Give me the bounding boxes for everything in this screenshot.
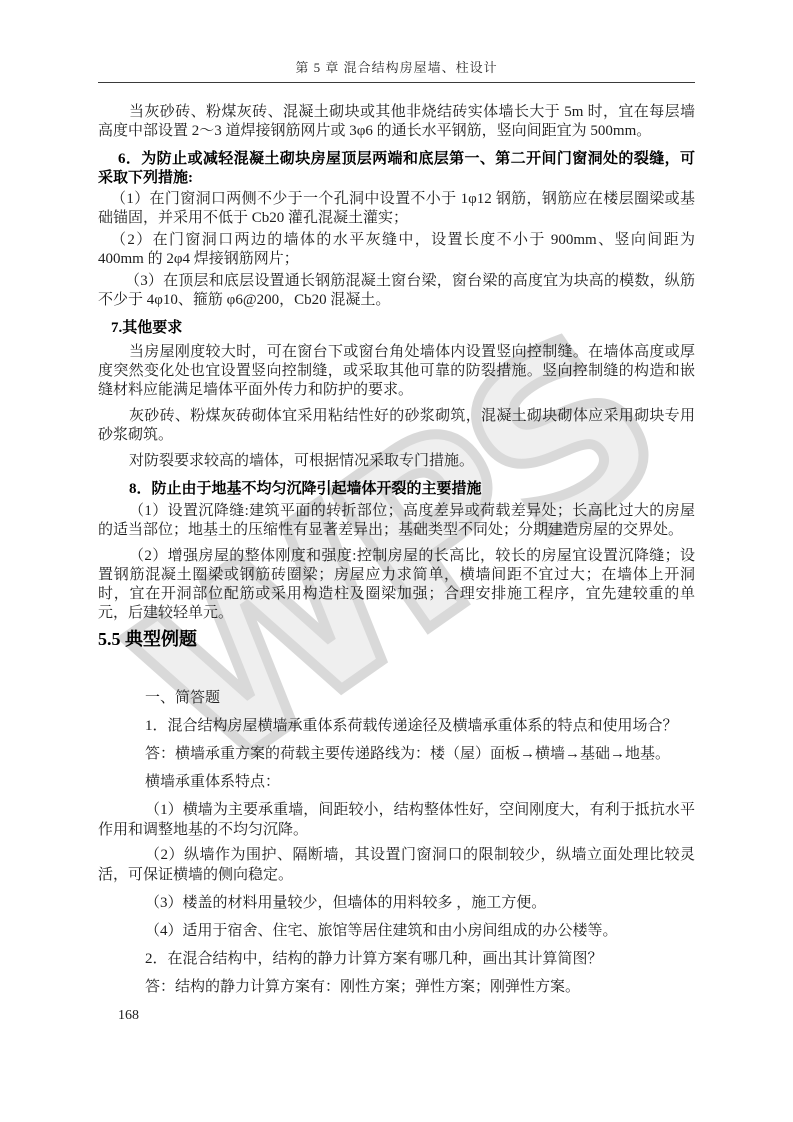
answer-1-feature-4: （4）适用于宿舍、住宅、旅馆等居住建筑和由小房间组成的办公楼等。 <box>98 921 695 941</box>
question-1: 1．混合结构房屋横墙承重体系荷载传递途径及横墙承重体系的特点和使用场合？ <box>98 716 695 736</box>
answer-1-feature-3: （3）楼盖的材料用量较少，但墙体的用料较多 ，施工方便。 <box>98 893 695 913</box>
answer-1-feature-1: （1）横墙为主要承重墙，间距较小，结构整体性好，空间刚度大，有利于抵抗水平作用和… <box>98 800 695 840</box>
heading-settlement-measures: 8．防止由于地基不均匀沉降引起墙体开裂的主要措施 <box>98 480 695 499</box>
heading-measure-6: 6．为防止或减轻混凝土砌块房屋顶层两端和底层第一、第二开间门窗洞处的裂缝，可采取… <box>98 150 695 188</box>
paragraph-wall-rebar-mesh: 当灰砂砖、粉煤灰砖、混凝土砌块或其他非烧结砖实体墙长大于 5m 时，宜在每层墙高… <box>98 103 695 141</box>
page-header: 第 5 章 混合结构房屋墙、柱设计 <box>98 60 695 83</box>
section-heading-typical-examples: 5.5 典型例题 <box>98 628 695 650</box>
document-body: 当灰砂砖、粉煤灰砖、混凝土砌块或其他非烧结砖实体墙长大于 5m 时，宜在每层墙高… <box>98 103 695 1002</box>
paragraph-settlement-item-1: （1）设置沉降缝:建筑平面的转折部位；高度差异或荷载差异处；长高比过大的房屋的适… <box>98 502 695 540</box>
paragraph-measure-6-item-1: （1）在门窗洞口两侧不少于一个孔洞中设置不小于 1φ12 钢筋，钢筋应在楼层圈梁… <box>98 190 695 228</box>
document-page: WPS 第 5 章 混合结构房屋墙、柱设计 当灰砂砖、粉煤灰砖、混凝土砌块或其他… <box>0 0 793 1122</box>
paragraph-settlement-item-2: （2）增强房屋的整体刚度和强度:控制房屋的长高比，较长的房屋宜设置沉降缝；设置钢… <box>98 547 695 623</box>
header-divider <box>98 82 695 83</box>
chapter-running-title: 第 5 章 混合结构房屋墙、柱设计 <box>98 60 695 76</box>
question-2: 2．在混合结构中，结构的静力计算方案有哪几种，画出其计算简图？ <box>98 949 695 969</box>
paragraph-mortar-requirements: 灰砂砖、粉煤灰砖砌体宜采用粘结性好的砂浆砌筑，混凝土砌块砌体应采用砌块专用砂浆砌… <box>98 407 695 445</box>
answer-1-features-label: 横墙承重体系特点： <box>98 772 695 792</box>
answer-1-load-path: 答：横墙承重方案的荷载主要传递路线为：楼（屋）面板→横墙→基础→地基。 <box>98 744 695 764</box>
paragraph-special-measures: 对防裂要求较高的墙体，可根据情况采取专门措施。 <box>98 452 695 471</box>
paragraph-control-joints: 当房屋刚度较大时，可在窗台下或窗台角处墙体内设置竖向控制缝。在墙体高度或厚度突然… <box>98 343 695 400</box>
heading-other-requirements: 7.其他要求 <box>98 319 695 338</box>
paragraph-measure-6-item-3: （3）在顶层和底层设置通长钢筋混凝土窗台梁，窗台梁的高度宜为块高的模数，纵筋不少… <box>98 272 695 310</box>
answer-2-schemes: 答：结构的静力计算方案有：刚性方案；弹性方案；刚弹性方案。 <box>98 977 695 997</box>
paragraph-measure-6-item-2: （2）在门窗洞口两边的墙体的水平灰缝中，设置长度不小于 900mm、竖向间距为 … <box>98 231 695 269</box>
qa-part-title: 一、简答题 <box>98 688 695 708</box>
page-number: 168 <box>118 1008 139 1024</box>
answer-1-feature-2: （2）纵墙作为围护、隔断墙，其设置门窗洞口的限制较少，纵墙立面处理比较灵活，可保… <box>98 845 695 885</box>
